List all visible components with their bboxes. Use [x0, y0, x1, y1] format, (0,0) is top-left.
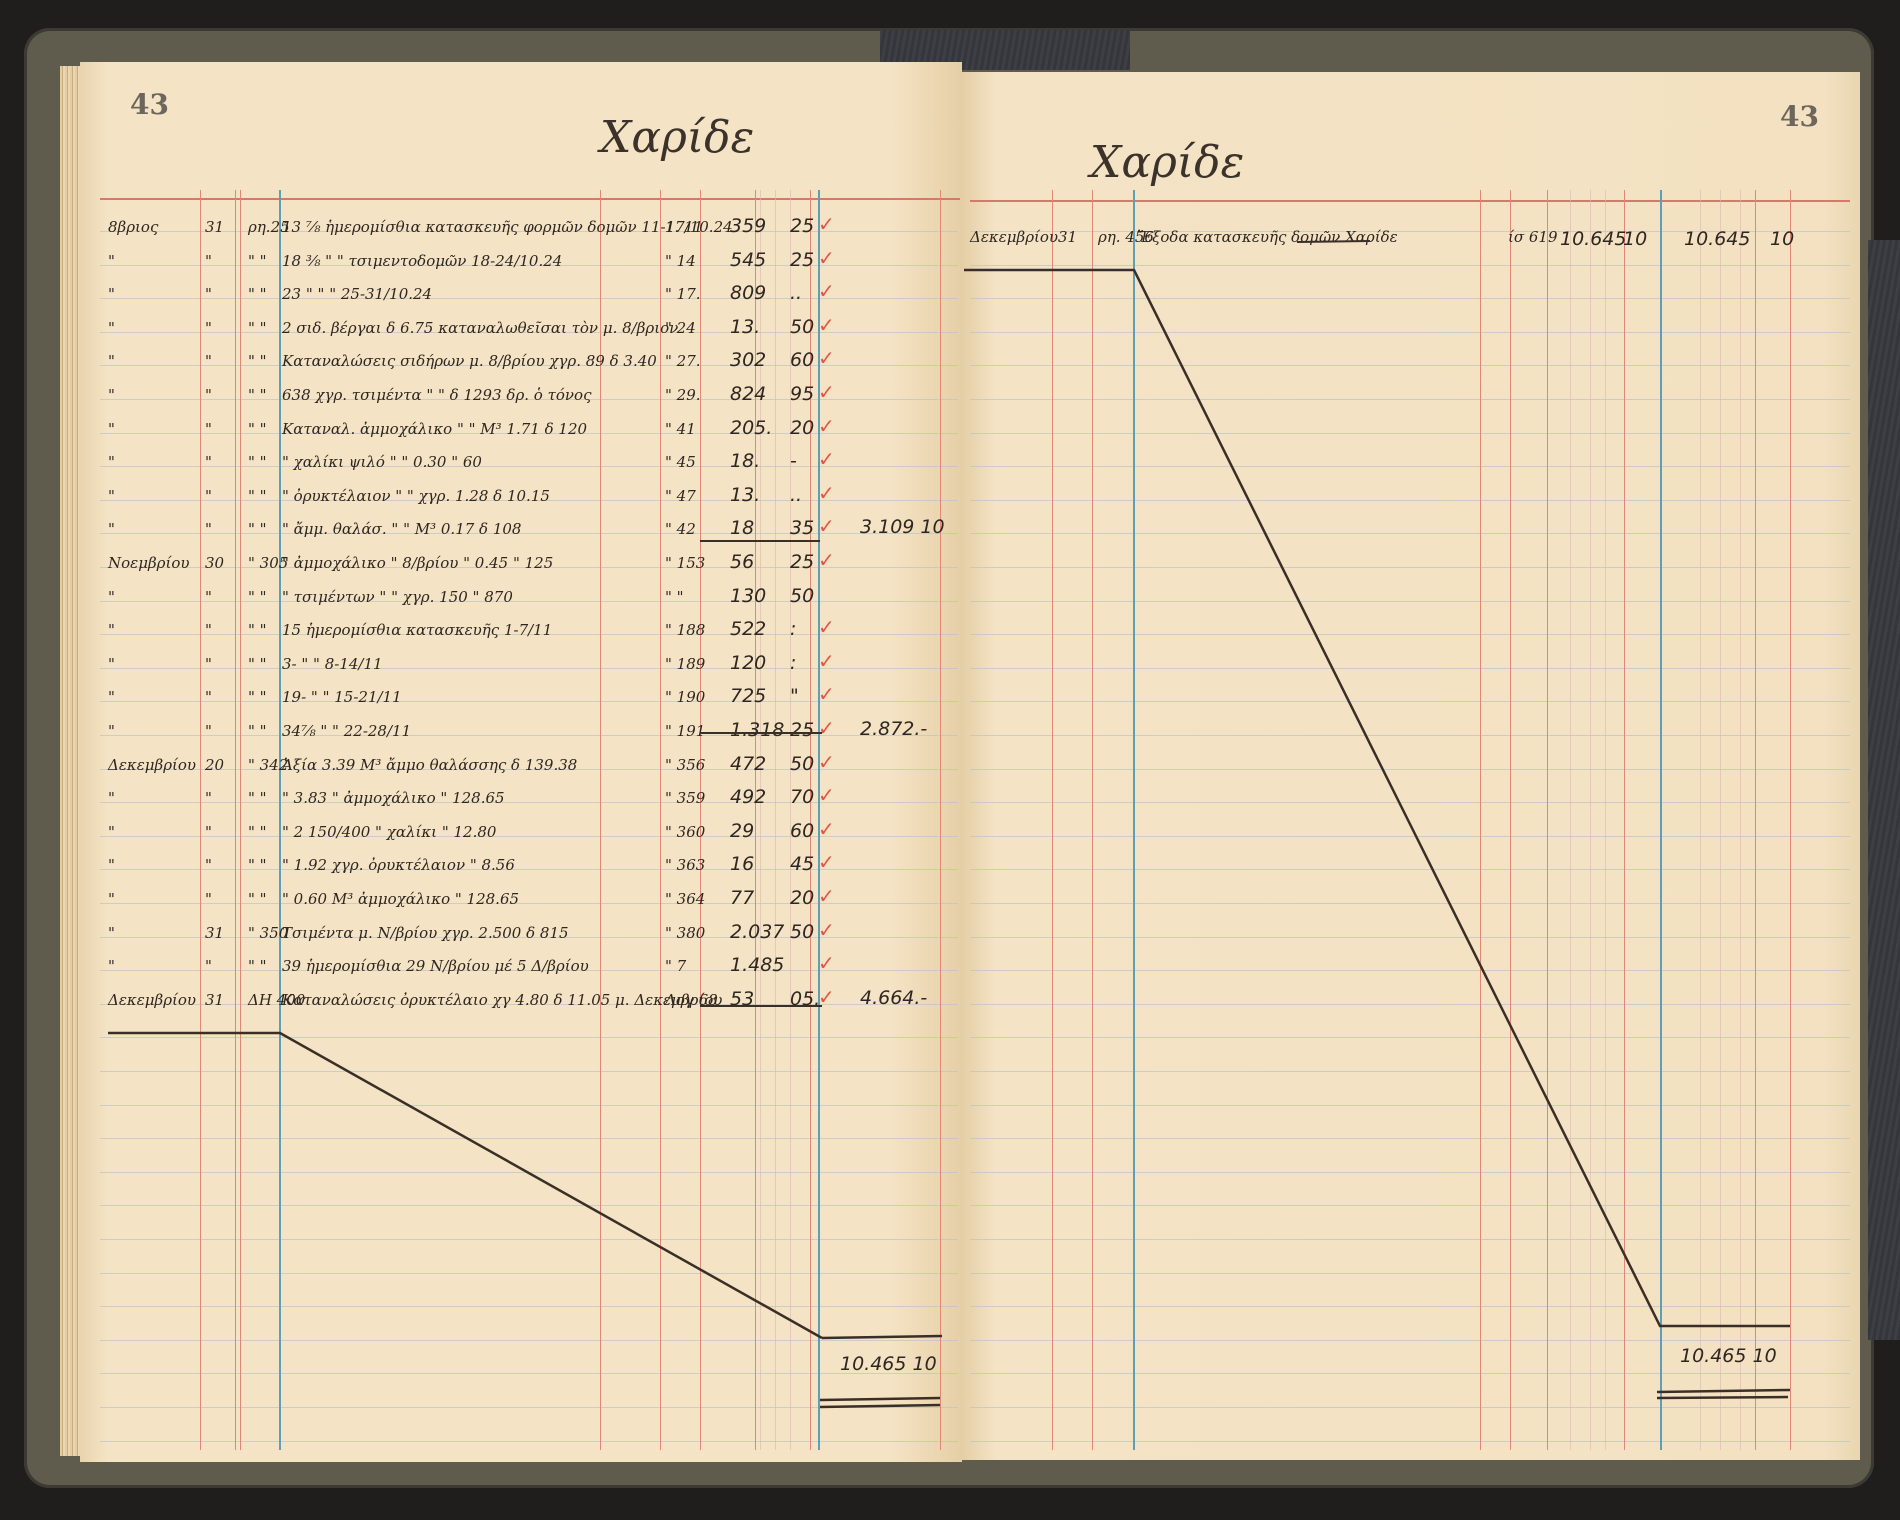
cancellation-lines [0, 0, 1900, 1520]
right-page-total: 10.465 10 [1680, 1345, 1777, 1367]
left-page-total: 10.465 10 [840, 1353, 937, 1375]
